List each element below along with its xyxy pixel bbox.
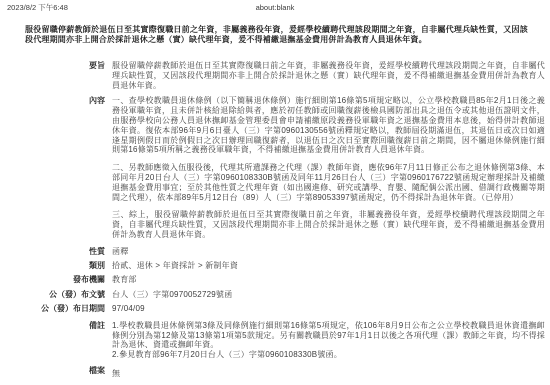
agency-label: 發布機關 <box>0 275 112 285</box>
field-row-nature: 性質 函釋 <box>0 247 550 257</box>
date-value: 97/04/09 <box>112 304 545 314</box>
field-row-category: 類別 拾貳、退休 > 年資採計 > 新制年資 <box>0 261 550 271</box>
field-row-remarks: 備註 1.學校教職員退休條例第3條及同條例施行細則第16條第5項規定，依106年… <box>0 321 550 360</box>
field-row-date: 公（發）布日期間 97/04/09 <box>0 304 550 314</box>
summary-label: 要旨 <box>0 61 112 90</box>
content-label: 內容 <box>0 96 112 239</box>
category-value: 拾貳、退休 > 年資採計 > 新制年資 <box>112 261 545 271</box>
document-page: 2023/8/2 下午6:48 about:blank 服役留職停薪教師於退伍日… <box>0 0 550 385</box>
print-page-title: about:blank <box>0 4 550 12</box>
fields-section: 要旨 服役留職停薪教師於退伍日至其實際復職日前之年資，非屬義務役年資，爰經學校續… <box>0 61 550 379</box>
print-header: 2023/8/2 下午6:48 about:blank <box>0 0 550 14</box>
remark-item-2: 2.參見教育部96年7月20日台人（三）字第0960108330B號函。 <box>112 350 545 360</box>
summary-value: 服役留職停薪教師於退伍日至其實際復職日前之年資，非屬義務役年資，爰經學校續聘代理… <box>112 61 545 90</box>
file-label: 檔案 <box>0 366 112 379</box>
remark-item-1: 1.學校教職員退休條例第3條及同條例施行細則第16條第5項規定，依106年8月9… <box>112 321 545 350</box>
field-row-doc-number: 公（發）布文號 台人（三）字第0970052729號函 <box>0 290 550 300</box>
doc-number-label: 公（發）布文號 <box>0 290 112 300</box>
field-row-agency: 發布機關 教育部 <box>0 275 550 285</box>
field-row-summary: 要旨 服役留職停薪教師於退伍日至其實際復職日前之年資，非屬義務役年資，爰經學校續… <box>0 61 550 90</box>
remarks-label: 備註 <box>0 321 112 360</box>
field-row-content: 內容 一、查學校教職員退休條例（以下簡稱退休條例）施行細則第16條第5項規定略以… <box>0 96 550 239</box>
document-title: 服役留職停薪教師於退伍日至其實際復職日前之年資，非屬義務役年資，爰經學校續聘代理… <box>25 25 528 45</box>
content-paragraph-3: 三、綜上，服役留職停薪教師於退伍日至其實際復職日前之年資，非屬義務役年資，爰經學… <box>112 210 545 239</box>
content-value: 一、查學校教職員退休條例（以下簡稱退休條例）施行細則第16條第5項規定略以，公立… <box>112 96 545 239</box>
agency-value: 教育部 <box>112 275 545 285</box>
date-label: 公（發）布日期間 <box>0 304 112 314</box>
remarks-value: 1.學校教職員退休條例第3條及同條例施行細則第16條第5項規定，依106年8月9… <box>112 321 545 360</box>
content-paragraph-1: 一、查學校教職員退休條例（以下簡稱退休條例）施行細則第16條第5項規定略以，公立… <box>112 96 545 155</box>
doc-number-value: 台人（三）字第0970052729號函 <box>112 290 545 300</box>
file-value: 無 <box>112 366 545 379</box>
field-row-file: 檔案 無 <box>0 366 550 379</box>
nature-value: 函釋 <box>112 247 545 257</box>
nature-label: 性質 <box>0 247 112 257</box>
content-paragraph-2: 二、另教師應徵入伍服役後，代理其所遺課務之代理（課）教師年資，應依96年7月11… <box>112 163 545 202</box>
category-label: 類別 <box>0 261 112 271</box>
